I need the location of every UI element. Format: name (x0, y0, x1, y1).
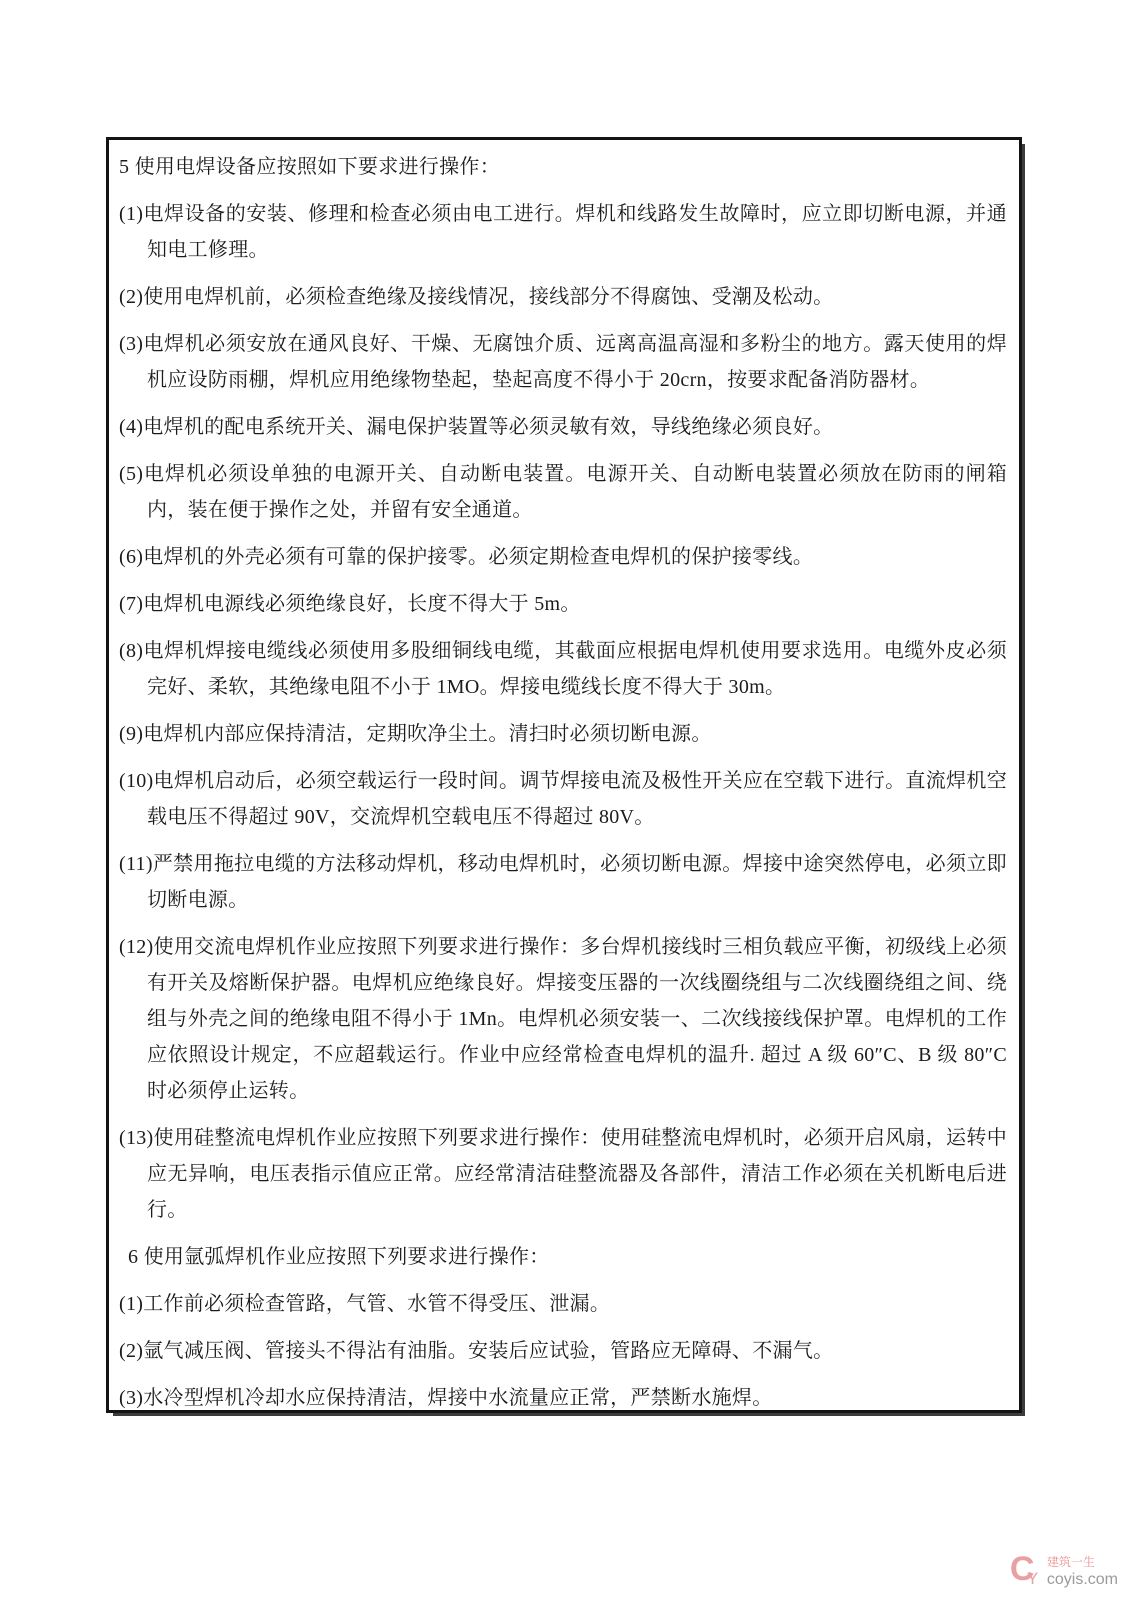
clause-6-1: (1)工作前必须检查管路，气管、水管不得受压、泄漏。 (119, 1286, 1007, 1322)
section-5-heading: 5 使用电焊设备应按照如下要求进行操作： (119, 149, 1007, 185)
clause-6-2: (2)氩气减压阀、管接头不得沾有油脂。安装后应试验，管路应无障碍、不漏气。 (119, 1333, 1007, 1369)
document-border-box: 5 使用电焊设备应按照如下要求进行操作： (1)电焊设备的安装、修理和检查必须由… (106, 137, 1022, 1413)
clause-5-7: (7)电焊机电源线必须绝缘良好，长度不得大于 5m。 (119, 586, 1007, 622)
clause-5-9: (9)电焊机内部应保持清洁，定期吹净尘土。清扫时必须切断电源。 (119, 716, 1007, 752)
logo-letter-y: Y (1027, 1570, 1038, 1587)
clause-6-3: (3)水冷型焊机冷却水应保持清洁，焊接中水流量应正常，严禁断水施焊。 (119, 1380, 1007, 1413)
clause-5-2: (2)使用电焊机前，必须检查绝缘及接线情况，接线部分不得腐蚀、受潮及松动。 (119, 279, 1007, 315)
clause-5-4: (4)电焊机的配电系统开关、漏电保护装置等必须灵敏有效，导线绝缘必须良好。 (119, 409, 1007, 445)
watermark-site-url: coyis.com (1047, 1570, 1118, 1589)
clause-5-12: (12)使用交流电焊机作业应按照下列要求进行操作：多台焊机接线时三相负载应平衡，… (119, 929, 1007, 1109)
clause-5-6: (6)电焊机的外壳必须有可靠的保护接零。必须定期检查电焊机的保护接零线。 (119, 539, 1007, 575)
clause-5-11: (11)严禁用拖拉电缆的方法移动焊机，移动电焊机时，必须切断电源。焊接中途突然停… (119, 846, 1007, 918)
watermark-text: 建筑一生 coyis.com (1047, 1555, 1118, 1589)
watermark: C Y 建筑一生 coyis.com (1010, 1552, 1118, 1592)
watermark-brand-name: 建筑一生 (1047, 1555, 1118, 1570)
clause-5-1: (1)电焊设备的安装、修理和检查必须由电工进行。焊机和线路发生故障时，应立即切断… (119, 196, 1007, 268)
section-6-heading: 6 使用氩弧焊机作业应按照下列要求进行操作： (119, 1239, 1007, 1275)
coyis-logo-icon: C Y (1010, 1552, 1042, 1592)
page: 5 使用电焊设备应按照如下要求进行操作： (1)电焊设备的安装、修理和检查必须由… (0, 0, 1130, 1600)
clause-5-3: (3)电焊机必须安放在通风良好、干燥、无腐蚀介质、远离高温高湿和多粉尘的地方。露… (119, 326, 1007, 398)
clause-5-8: (8)电焊机焊接电缆线必须使用多股细铜线电缆，其截面应根据电焊机使用要求选用。电… (119, 633, 1007, 705)
clause-5-5: (5)电焊机必须设单独的电源开关、自动断电装置。电源开关、自动断电装置必须放在防… (119, 456, 1007, 528)
clause-5-13: (13)使用硅整流电焊机作业应按照下列要求进行操作：使用硅整流电焊机时，必须开启… (119, 1120, 1007, 1228)
clause-5-10: (10)电焊机启动后，必须空载运行一段时间。调节焊接电流及极性开关应在空载下进行… (119, 763, 1007, 835)
